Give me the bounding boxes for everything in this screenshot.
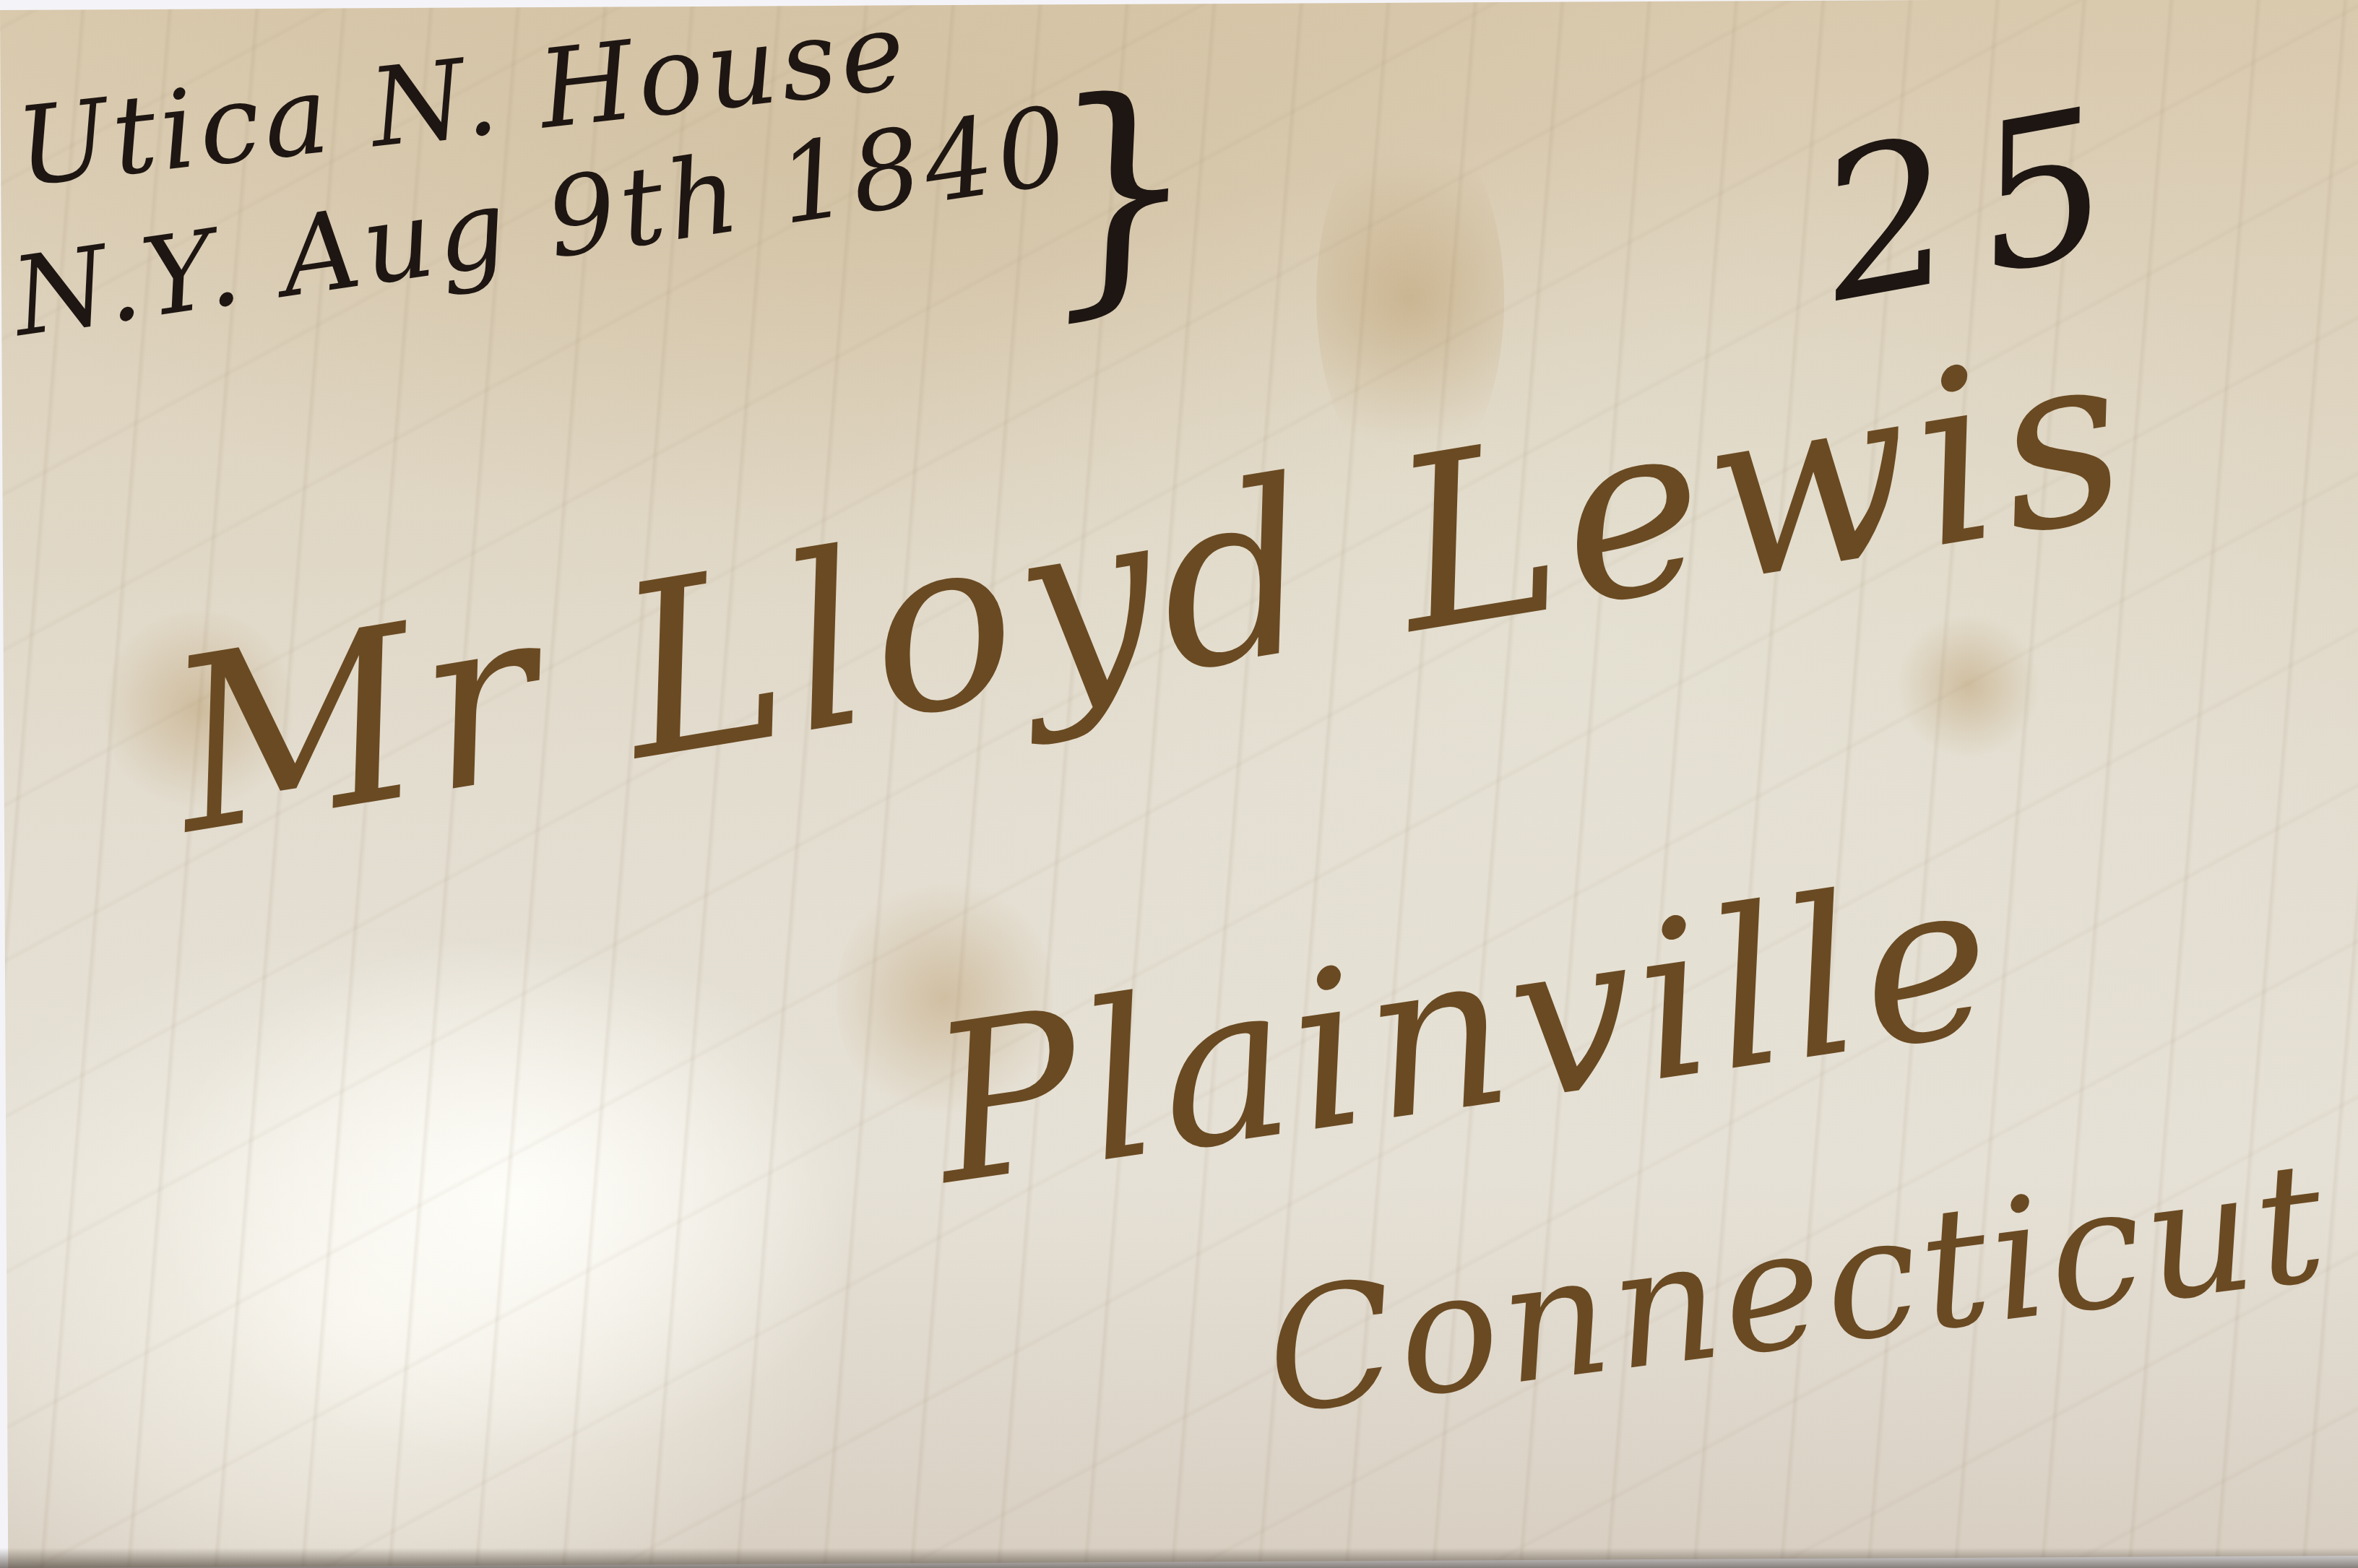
envelope-paper: Utica N. House N.Y. Aug 9th 1840 } 25 Mr… (0, 0, 2358, 1568)
stain (1896, 613, 2041, 758)
photo-edge-shadow (0, 1548, 2358, 1568)
address-state: Connecticut (1256, 1125, 2338, 1452)
postmark-bracket: } (1022, 38, 1217, 343)
addressee-name: Mr Lloyd Lewis (152, 294, 2149, 887)
address-town: Plainville (917, 829, 2013, 1233)
